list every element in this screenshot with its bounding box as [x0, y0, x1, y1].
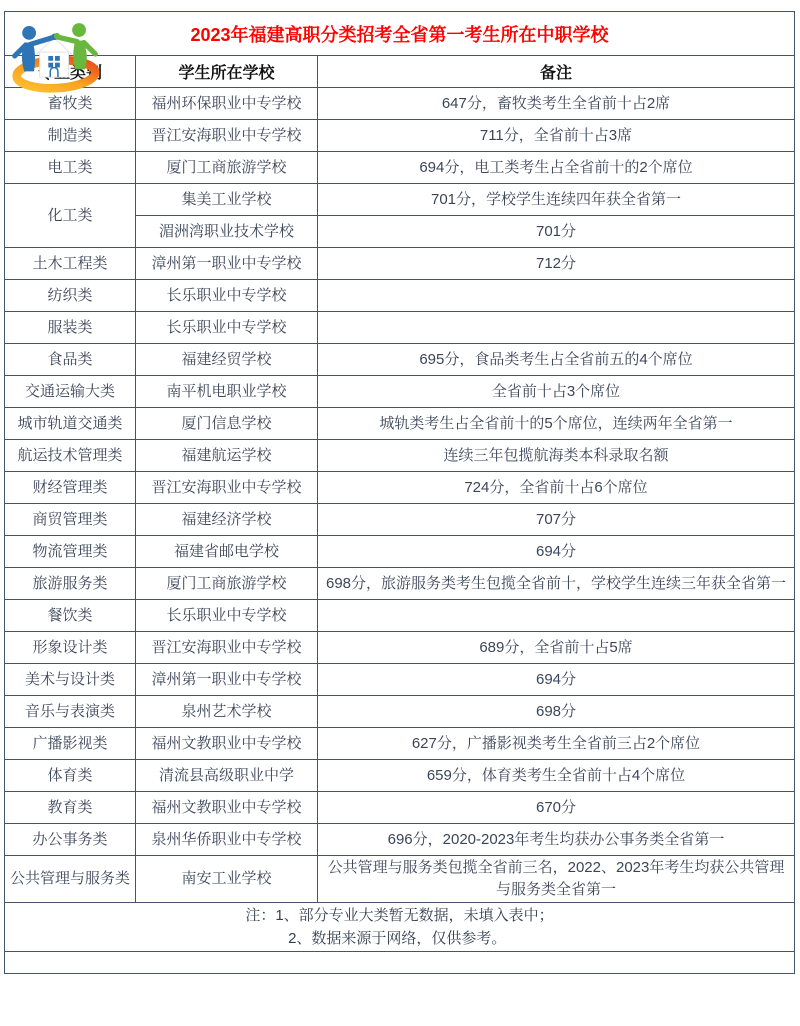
table-row: 纺织类长乐职业中专学校 [5, 280, 795, 312]
school-cell: 漳州第一职业中专学校 [136, 248, 318, 280]
category-cell: 餐饮类 [5, 600, 136, 632]
category-cell: 教育类 [5, 792, 136, 824]
category-cell: 电工类 [5, 152, 136, 184]
category-cell: 体育类 [5, 760, 136, 792]
school-cell: 南平机电职业学校 [136, 376, 318, 408]
note-cell: 698分，旅游服务类考生包揽全省前十，学校学生连续三年获全省第一 [318, 568, 795, 600]
infographic-page: 2023年福建高职分类招考全省第一考生所在中职学校 专业类别 学生所在学校 备注… [0, 0, 800, 1026]
category-cell: 财经管理类 [5, 472, 136, 504]
footer-note-line-2: 2、数据来源于网络，仅供参考。 [245, 927, 553, 950]
note-cell: 694分 [318, 664, 795, 696]
table-row: 音乐与表演类泉州艺术学校698分 [5, 696, 795, 728]
school-cell: 长乐职业中专学校 [136, 312, 318, 344]
house-people-logo [8, 12, 104, 98]
category-cell: 服装类 [5, 312, 136, 344]
school-cell: 福建航运学校 [136, 440, 318, 472]
column-header-note: 备注 [318, 56, 795, 88]
school-cell: 厦门信息学校 [136, 408, 318, 440]
school-cell: 福州环保职业中专学校 [136, 88, 318, 120]
note-cell: 712分 [318, 248, 795, 280]
table-row: 服装类长乐职业中专学校 [5, 312, 795, 344]
note-cell: 701分，学校学生连续四年获全省第一 [318, 184, 795, 216]
table-row: 餐饮类长乐职业中专学校 [5, 600, 795, 632]
ranking-table: 2023年福建高职分类招考全省第一考生所在中职学校 专业类别 学生所在学校 备注… [4, 11, 795, 974]
note-cell: 694分，电工类考生占全省前十的2个席位 [318, 152, 795, 184]
table-row: 化工类集美工业学校701分，学校学生连续四年获全省第一 [5, 184, 795, 216]
category-cell: 音乐与表演类 [5, 696, 136, 728]
category-cell: 化工类 [5, 184, 136, 248]
category-cell: 物流管理类 [5, 536, 136, 568]
note-cell [318, 280, 795, 312]
category-cell: 航运技术管理类 [5, 440, 136, 472]
school-cell: 漳州第一职业中专学校 [136, 664, 318, 696]
category-cell: 交通运输大类 [5, 376, 136, 408]
school-cell: 晋江安海职业中专学校 [136, 120, 318, 152]
footer-notes: 注：1、部分专业大类暂无数据，未填入表中； 2、数据来源于网络，仅供参考。 [245, 904, 553, 951]
table-row: 教育类福州文教职业中专学校670分 [5, 792, 795, 824]
school-cell: 厦门工商旅游学校 [136, 568, 318, 600]
note-cell: 城轨类考生占全省前十的5个席位，连续两年全省第一 [318, 408, 795, 440]
school-cell: 集美工业学校 [136, 184, 318, 216]
table-row: 食品类福建经贸学校695分，食品类考生占全省前五的4个席位 [5, 344, 795, 376]
school-cell: 福建经济学校 [136, 504, 318, 536]
school-cell: 泉州艺术学校 [136, 696, 318, 728]
table-row: 城市轨道交通类厦门信息学校城轨类考生占全省前十的5个席位，连续两年全省第一 [5, 408, 795, 440]
table-row: 畜牧类福州环保职业中专学校647分，畜牧类考生全省前十占2席 [5, 88, 795, 120]
school-cell: 晋江安海职业中专学校 [136, 472, 318, 504]
cropped-empty-row [5, 952, 795, 974]
table-row: 交通运输大类南平机电职业学校全省前十占3个席位 [5, 376, 795, 408]
category-cell: 办公事务类 [5, 824, 136, 856]
table-row: 土木工程类漳州第一职业中专学校712分 [5, 248, 795, 280]
note-cell: 连续三年包揽航海类本科录取名额 [318, 440, 795, 472]
school-cell: 福建省邮电学校 [136, 536, 318, 568]
table-row: 航运技术管理类福建航运学校连续三年包揽航海类本科录取名额 [5, 440, 795, 472]
school-cell: 清流县高级职业中学 [136, 760, 318, 792]
note-cell: 647分，畜牧类考生全省前十占2席 [318, 88, 795, 120]
note-cell: 659分，体育类考生全省前十占4个席位 [318, 760, 795, 792]
school-cell: 福州文教职业中专学校 [136, 728, 318, 760]
school-cell: 福州文教职业中专学校 [136, 792, 318, 824]
note-cell: 696分，2020-2023年考生均获办公事务类全省第一 [318, 824, 795, 856]
table-row: 形象设计类晋江安海职业中专学校689分，全省前十占5席 [5, 632, 795, 664]
note-cell: 711分，全省前十占3席 [318, 120, 795, 152]
note-cell: 707分 [318, 504, 795, 536]
category-cell: 城市轨道交通类 [5, 408, 136, 440]
table-row: 电工类厦门工商旅游学校694分，电工类考生占全省前十的2个席位 [5, 152, 795, 184]
note-cell: 689分，全省前十占5席 [318, 632, 795, 664]
note-cell: 627分，广播影视类考生全省前三占2个席位 [318, 728, 795, 760]
note-cell [318, 312, 795, 344]
footer-note-line-1: 注：1、部分专业大类暂无数据，未填入表中； [245, 904, 553, 927]
school-cell: 南安工业学校 [136, 856, 318, 903]
note-cell [318, 600, 795, 632]
page-title: 2023年福建高职分类招考全省第一考生所在中职学校 [5, 12, 795, 56]
category-cell: 制造类 [5, 120, 136, 152]
table-row: 制造类晋江安海职业中专学校711分，全省前十占3席 [5, 120, 795, 152]
category-cell: 公共管理与服务类 [5, 856, 136, 903]
note-cell: 698分 [318, 696, 795, 728]
note-cell: 全省前十占3个席位 [318, 376, 795, 408]
house-people-logo-graphic [8, 12, 104, 98]
category-cell: 纺织类 [5, 280, 136, 312]
category-cell: 美术与设计类 [5, 664, 136, 696]
note-cell: 701分 [318, 216, 795, 248]
table-row: 公共管理与服务类南安工业学校公共管理与服务类包揽全省前三名，2022、2023年… [5, 856, 795, 903]
table-row: 体育类清流县高级职业中学659分，体育类考生全省前十占4个席位 [5, 760, 795, 792]
table-row: 广播影视类福州文教职业中专学校627分，广播影视类考生全省前三占2个席位 [5, 728, 795, 760]
category-cell: 土木工程类 [5, 248, 136, 280]
table-row: 办公事务类泉州华侨职业中专学校696分，2020-2023年考生均获办公事务类全… [5, 824, 795, 856]
school-cell: 长乐职业中专学校 [136, 280, 318, 312]
note-cell: 公共管理与服务类包揽全省前三名，2022、2023年考生均获公共管理与服务类全省… [318, 856, 795, 903]
school-cell: 泉州华侨职业中专学校 [136, 824, 318, 856]
category-cell: 旅游服务类 [5, 568, 136, 600]
category-cell: 形象设计类 [5, 632, 136, 664]
table-row: 美术与设计类漳州第一职业中专学校694分 [5, 664, 795, 696]
note-cell: 695分，食品类考生占全省前五的4个席位 [318, 344, 795, 376]
category-cell: 广播影视类 [5, 728, 136, 760]
note-cell: 670分 [318, 792, 795, 824]
category-cell: 食品类 [5, 344, 136, 376]
note-cell: 724分，全省前十占6个席位 [318, 472, 795, 504]
school-cell: 晋江安海职业中专学校 [136, 632, 318, 664]
footer-notes-cell: 注：1、部分专业大类暂无数据，未填入表中； 2、数据来源于网络，仅供参考。 [5, 902, 795, 952]
table-row: 旅游服务类厦门工商旅游学校698分，旅游服务类考生包揽全省前十，学校学生连续三年… [5, 568, 795, 600]
category-cell: 商贸管理类 [5, 504, 136, 536]
column-header-school: 学生所在学校 [136, 56, 318, 88]
table-row: 物流管理类福建省邮电学校694分 [5, 536, 795, 568]
school-cell: 湄洲湾职业技术学校 [136, 216, 318, 248]
school-cell: 厦门工商旅游学校 [136, 152, 318, 184]
table-row: 财经管理类晋江安海职业中专学校724分，全省前十占6个席位 [5, 472, 795, 504]
table-row: 商贸管理类福建经济学校707分 [5, 504, 795, 536]
note-cell: 694分 [318, 536, 795, 568]
school-cell: 长乐职业中专学校 [136, 600, 318, 632]
school-cell: 福建经贸学校 [136, 344, 318, 376]
